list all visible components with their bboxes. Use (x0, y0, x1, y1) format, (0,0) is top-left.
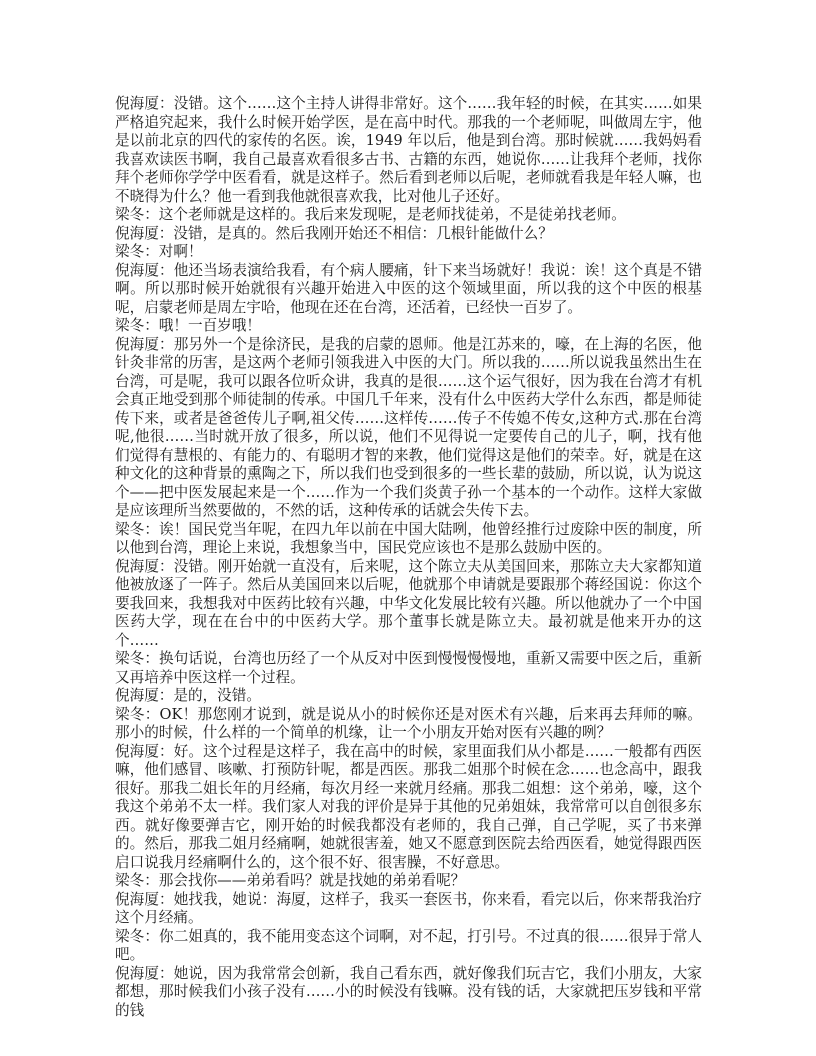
speaker-name: 梁冬： (115, 928, 159, 945)
speaker-name: 梁冬： (115, 706, 160, 723)
dialogue-text: 他还当场表演给我看，有个病人腰痛，针下来当场就好！我说：诶！这个真是不错啊。所以… (115, 262, 702, 316)
speaker-name: 梁冬： (115, 206, 159, 223)
speaker-name: 梁冬： (115, 317, 159, 334)
dialogue-text: 诶！国民党当年呢，在四九年以前在中国大陆咧，他曾经推行过废除中医的制度，所以他到… (115, 521, 702, 557)
speaker-name: 倪海厦： (115, 95, 174, 112)
speaker-name: 倪海厦： (115, 225, 173, 242)
dialogue-text: 这个老师就是这样的。我后来发现呢，是老师找徒弟，不是徒弟找老师。 (159, 206, 626, 223)
speaker-name: 倪海厦： (115, 965, 174, 982)
transcript-paragraph: 倪海厦：是的，没错。 (115, 687, 702, 706)
dialogue-text: 她说，因为我常常会创新，我自己看东西，就好像我们玩吉它，我们小朋友，大家都想，那… (115, 965, 702, 1019)
dialogue-text: 她找我，她说：海厦，这样子，我买一套医书，你来看，看完以后，你来帮我治疗这个月经… (115, 891, 702, 927)
transcript-paragraph: 梁冬：OK！那您刚才说到，就是说从小的时候你还是对医术有兴趣，后来再去拜师的嘛。… (115, 706, 702, 743)
dialogue-text: 那会找你——弟弟看吗？就是找她的弟弟看呢？ (159, 872, 465, 889)
dialogue-text: 对啊！ (159, 243, 203, 260)
dialogue-text: 是的，没错。 (173, 687, 261, 704)
transcript-paragraph: 倪海厦：没错。这个……这个主持人讲得非常好。这个……我年轻的时候，在其实……如果… (115, 95, 702, 206)
transcript-paragraph: 梁冬：诶！国民党当年呢，在四九年以前在中国大陆咧，他曾经推行过废除中医的制度，所… (115, 521, 702, 558)
speaker-name: 梁冬： (115, 872, 159, 889)
transcript-paragraph: 梁冬：对啊！ (115, 243, 702, 262)
dialogue-text: 好。这个过程是这样子，我在高中的时候，家里面我们从小都是……一般都有西医嘛，他们… (115, 743, 702, 871)
speaker-name: 倪海厦： (115, 687, 173, 704)
dialogue-text: 没错，是真的。然后我刚开始还不相信：几根针能做什么？ (173, 225, 552, 242)
dialogue-text: 哦！一百岁哦！ (159, 317, 261, 334)
transcript-paragraph: 倪海厦：没错。刚开始就一直没有，后来呢，这个陈立夫从美国回来，那陈立夫大家都知道… (115, 558, 702, 651)
transcript-paragraph: 梁冬：这个老师就是这样的。我后来发现呢，是老师找徒弟，不是徒弟找老师。 (115, 206, 702, 225)
speaker-name: 梁冬： (115, 521, 159, 538)
speaker-name: 倪海厦： (115, 743, 174, 760)
transcript: 倪海厦：没错。这个……这个主持人讲得非常好。这个……我年轻的时候，在其实……如果… (115, 95, 702, 1020)
dialogue-text: OK！那您刚才说到，就是说从小的时候你还是对医术有兴趣，后来再去拜师的嘛。那小的… (115, 706, 702, 742)
speaker-name: 倪海厦： (115, 891, 174, 908)
speaker-name: 梁冬： (115, 650, 159, 667)
speaker-name: 倪海厦： (115, 262, 174, 279)
dialogue-text: 换句话说，台湾也历经了一个从反对中医到慢慢慢慢地，重新又需要中医之后，重新又再培… (115, 650, 702, 686)
dialogue-text: 那另外一个是徐济民，是我的启蒙的恩师。他是江苏来的，嚎，在上海的名医，他针灸非常… (115, 336, 702, 520)
transcript-paragraph: 倪海厦：没错，是真的。然后我刚开始还不相信：几根针能做什么？ (115, 225, 702, 244)
document-body: { "page": { "background_color": "#ffffff… (0, 0, 816, 1056)
transcript-paragraph: 梁冬：那会找你——弟弟看吗？就是找她的弟弟看呢？ (115, 872, 702, 891)
speaker-name: 倪海厦： (115, 558, 174, 575)
page: 倪海厦：没错。这个……这个主持人讲得非常好。这个……我年轻的时候，在其实……如果… (0, 0, 816, 1056)
speaker-name: 倪海厦： (115, 336, 174, 353)
transcript-paragraph: 倪海厦：他还当场表演给我看，有个病人腰痛，针下来当场就好！我说：诶！这个真是不错… (115, 262, 702, 318)
transcript-paragraph: 梁冬：换句话说，台湾也历经了一个从反对中医到慢慢慢慢地，重新又需要中医之后，重新… (115, 650, 702, 687)
dialogue-text: 没错。这个……这个主持人讲得非常好。这个……我年轻的时候，在其实……如果严格追究… (115, 95, 702, 205)
transcript-paragraph: 倪海厦：她说，因为我常常会创新，我自己看东西，就好像我们玩吉它，我们小朋友，大家… (115, 965, 702, 1021)
dialogue-text: 你二姐真的，我不能用变态这个词啊，对不起，打引号。不过真的很……很异于常人吧。 (115, 928, 702, 964)
speaker-name: 梁冬： (115, 243, 159, 260)
dialogue-text: 没错。刚开始就一直没有，后来呢，这个陈立夫从美国回来，那陈立夫大家都知道他被放逐… (115, 558, 702, 649)
transcript-paragraph: 倪海厦：她找我，她说：海厦，这样子，我买一套医书，你来看，看完以后，你来帮我治疗… (115, 891, 702, 928)
transcript-paragraph: 梁冬：哦！一百岁哦！ (115, 317, 702, 336)
transcript-paragraph: 倪海厦：那另外一个是徐济民，是我的启蒙的恩师。他是江苏来的，嚎，在上海的名医，他… (115, 336, 702, 521)
transcript-paragraph: 倪海厦：好。这个过程是这样子，我在高中的时候，家里面我们从小都是……一般都有西医… (115, 743, 702, 873)
transcript-paragraph: 梁冬：你二姐真的，我不能用变态这个词啊，对不起，打引号。不过真的很……很异于常人… (115, 928, 702, 965)
